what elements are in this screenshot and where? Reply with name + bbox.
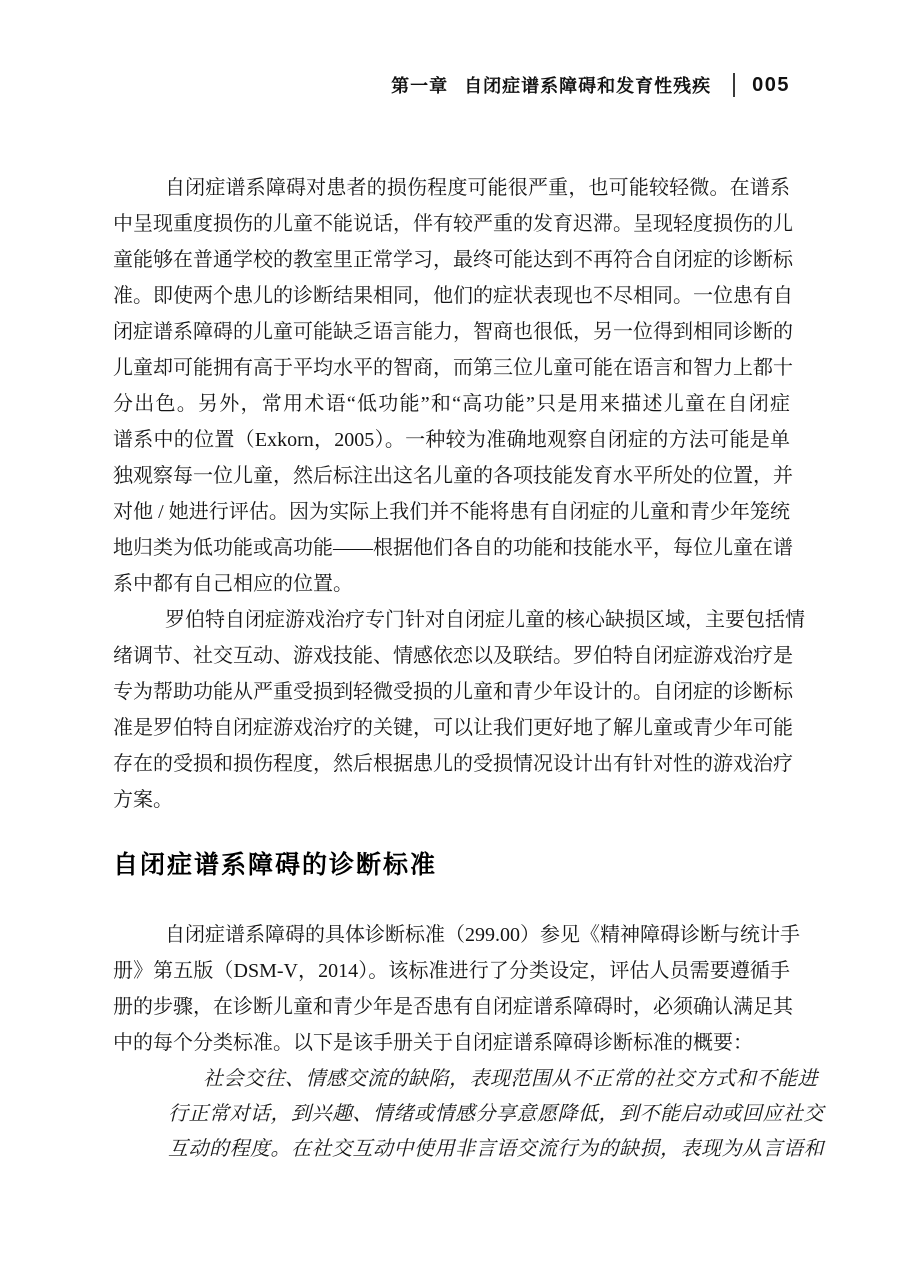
text-line: 独观察每一位儿童，然后标注出这名儿童的各项技能发育水平所处的位置，并 <box>113 458 790 494</box>
diagnostic-criteria-quote: 社会交往、情感交流的缺陷，表现范围从不正常的社交方式和不能进 行正常对话，到兴趣… <box>168 1062 790 1167</box>
text-line: 册的步骤，在诊断儿童和青少年是否患有自闭症谱系障碍时，必须确认满足其 <box>113 989 790 1025</box>
text-line: 谱系中的位置（Exkorn，2005）。一种较为准确地观察自闭症的方法可能是单 <box>113 422 790 458</box>
paragraph-2: 罗伯特自闭症游戏治疗专门针对自闭症儿童的核心缺损区域，主要包括情 绪调节、社交互… <box>113 602 790 818</box>
paragraph-3: 自闭症谱系障碍的具体诊断标准（299.00）参见《精神障碍诊断与统计手 册》第五… <box>113 917 790 1061</box>
text-line: 中呈现重度损伤的儿童不能说话，伴有较严重的发育迟滞。呈现轻度损伤的儿 <box>113 206 790 242</box>
section-heading: 自闭症谱系障碍的诊断标准 <box>113 848 790 882</box>
text-line: 自闭症谱系障碍的具体诊断标准（299.00）参见《精神障碍诊断与统计手 <box>113 917 790 953</box>
text-line: 存在的受损和损伤程度，然后根据患儿的受损情况设计出有针对性的游戏治疗 <box>113 746 790 782</box>
text-line: 童能够在普通学校的教室里正常学习，最终可能达到不再符合自闭症的诊断标 <box>113 242 790 278</box>
text-line: 儿童却可能拥有高于平均水平的智商，而第三位儿童可能在语言和智力上都十 <box>113 350 790 386</box>
running-header: 第一章 自闭症谱系障碍和发育性残疾 005 <box>391 71 790 99</box>
text-line: 中的每个分类标准。以下是该手册关于自闭症谱系障碍诊断标准的概要： <box>113 1025 790 1061</box>
text-line: 地归类为低功能或高功能——根据他们各自的功能和技能水平，每位儿童在谱 <box>113 530 790 566</box>
page-number: 005 <box>752 74 790 97</box>
chapter-label: 第一章 <box>391 72 448 98</box>
text-line: 专为帮助功能从严重受损到轻微受损的儿童和青少年设计的。自闭症的诊断标 <box>113 674 790 710</box>
text-line: 对他 / 她进行评估。因为实际上我们并不能将患有自闭症的儿童和青少年笼统 <box>113 494 790 530</box>
text-line: 册》第五版（DSM-V，2014）。该标准进行了分类设定，评估人员需要遵循手 <box>113 953 790 989</box>
header-divider <box>733 73 735 97</box>
text-line: 系中都有自己相应的位置。 <box>113 566 790 602</box>
text-line: 准。即使两个患儿的诊断结果相同，他们的症状表现也不尽相同。一位患有自 <box>113 278 790 314</box>
quote-line: 行正常对话，到兴趣、情绪或情感分享意愿降低，到不能启动或回应社交 <box>168 1097 790 1132</box>
text-line: 分出色。另外，常用术语“低功能”和“高功能”只是用来描述儿童在自闭症 <box>113 386 790 422</box>
paragraph-1: 自闭症谱系障碍对患者的损伤程度可能很严重，也可能较轻微。在谱系 中呈现重度损伤的… <box>113 170 790 602</box>
text-line: 方案。 <box>113 782 790 818</box>
book-page: 第一章 自闭症谱系障碍和发育性残疾 005 自闭症谱系障碍对患者的损伤程度可能很… <box>0 0 900 1271</box>
text-line: 罗伯特自闭症游戏治疗专门针对自闭症儿童的核心缺损区域，主要包括情 <box>113 602 790 638</box>
text-line: 准是罗伯特自闭症游戏治疗的关键，可以让我们更好地了解儿童或青少年可能 <box>113 710 790 746</box>
text-line: 闭症谱系障碍的儿童可能缺乏语言能力，智商也很低，另一位得到相同诊断的 <box>113 314 790 350</box>
chapter-title: 自闭症谱系障碍和发育性残疾 <box>464 72 711 98</box>
quote-line: 社会交往、情感交流的缺陷，表现范围从不正常的社交方式和不能进 <box>168 1062 790 1097</box>
page-body: 自闭症谱系障碍对患者的损伤程度可能很严重，也可能较轻微。在谱系 中呈现重度损伤的… <box>113 170 790 1167</box>
text-line: 自闭症谱系障碍对患者的损伤程度可能很严重，也可能较轻微。在谱系 <box>113 170 790 206</box>
quote-line: 互动的程度。在社交互动中使用非言语交流行为的缺损，表现为从言语和 <box>168 1132 790 1167</box>
text-line: 绪调节、社交互动、游戏技能、情感依恋以及联结。罗伯特自闭症游戏治疗是 <box>113 638 790 674</box>
